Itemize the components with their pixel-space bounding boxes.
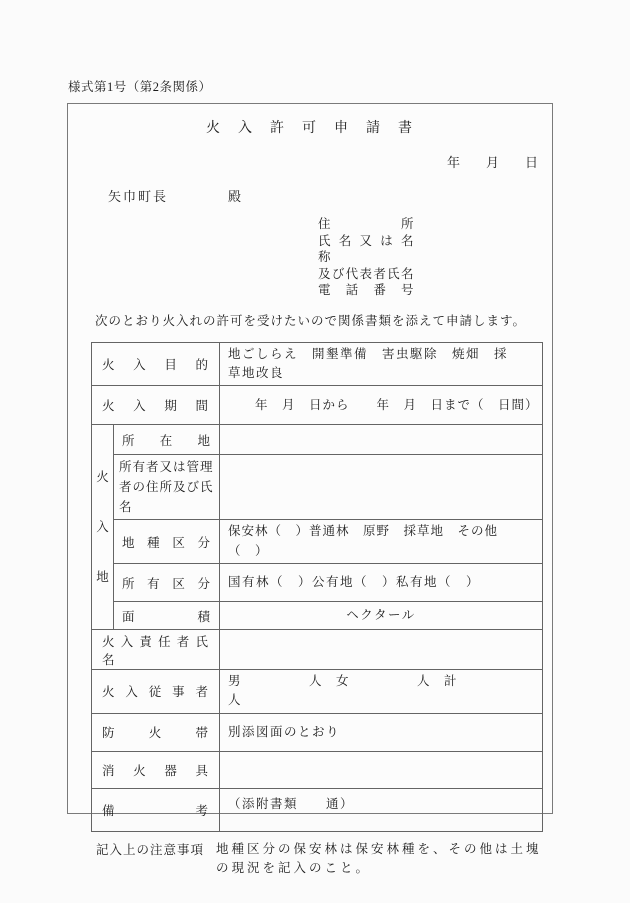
footnote-text: 地種区分の保安林は保安林種を、その他は土塊の現況を記入のこと。 xyxy=(216,840,552,879)
application-table: 火 入 目 的 地ごしらえ 開墾準備 害虫駆除 焼畑 採 草地改良 火 入 期 … xyxy=(91,342,543,832)
footnote-label: 記入上の注意事項 xyxy=(96,840,204,858)
footnote: 記入上の注意事項 地種区分の保安林は保安林種を、その他は土塊の現況を記入のこと。 xyxy=(96,840,552,879)
row-area: 面 積 ヘクタール xyxy=(92,602,543,630)
purpose-label-cell: 火 入 目 的 xyxy=(92,342,220,386)
period-label-cell: 火 入 期 間 xyxy=(92,386,220,425)
responsible-value-cell xyxy=(220,630,543,670)
period-value-cell: 年 月 日から 年 月 日まで（ 日間） xyxy=(220,386,543,425)
remarks-label-cell: 備 考 xyxy=(92,788,220,831)
row-ownership: 所 有 区 分 国有林（ ）公有地（ ）私有地（ ） xyxy=(92,564,543,602)
land-type-value-cell: 保安林（ ）普通林 原野 採草地 その他 （ ） xyxy=(220,520,543,564)
site-group-label-cell: 火 入 地 xyxy=(92,425,114,630)
workers-label-cell: 火 入 従 事 者 xyxy=(92,670,220,714)
form-title: 火 入 許 可 申 請 書 xyxy=(68,117,552,137)
row-owner: 所有者又は管理者の住所及び氏名 xyxy=(92,455,543,520)
row-firebreak: 防 火 帯 別添図面のとおり xyxy=(92,713,543,751)
row-period: 火 入 期 間 年 月 日から 年 月 日まで（ 日間） xyxy=(92,386,543,425)
date-line: 年 月 日 xyxy=(68,152,552,171)
owner-value-cell xyxy=(220,455,543,520)
firebreak-label-cell: 防 火 帯 xyxy=(92,713,220,751)
location-value-cell xyxy=(220,425,543,455)
workers-value-cell: 男 人 女 人 計 人 xyxy=(220,670,543,714)
equipment-value-cell xyxy=(220,751,543,788)
area-value-cell: ヘクタール xyxy=(220,602,543,630)
area-label-cell: 面 積 xyxy=(114,602,220,630)
ownership-label-cell: 所 有 区 分 xyxy=(114,564,220,602)
row-equipment: 消 火 器 具 xyxy=(92,751,543,788)
applicant-phone-label: 電 話 番 号 xyxy=(318,282,414,299)
form-number-label: 様式第1号（第2条関係） xyxy=(68,77,212,95)
owner-label-cell: 所有者又は管理者の住所及び氏名 xyxy=(114,455,220,520)
applicant-name-label: 氏 名 又 は 名 称 xyxy=(318,233,414,266)
ownership-value-cell: 国有林（ ）公有地（ ）私有地（ ） xyxy=(220,564,543,602)
responsible-label-cell: 火 入 責 任 者 氏 名 xyxy=(92,630,220,670)
row-location: 火 入 地 所 在 地 xyxy=(92,425,543,455)
form-box: 火 入 許 可 申 請 書 年 月 日 矢巾町長 殿 住 所 氏 名 又 は 名… xyxy=(67,103,553,814)
land-type-label-cell: 地 種 区 分 xyxy=(114,520,220,564)
equipment-label-cell: 消 火 器 具 xyxy=(92,751,220,788)
applicant-block: 住 所 氏 名 又 は 名 称 及び代表者氏名 電 話 番 号 xyxy=(318,216,414,299)
location-label-cell: 所 在 地 xyxy=(114,425,220,455)
row-remarks: 備 考 （添附書類 通） xyxy=(92,788,543,831)
row-workers: 火 入 従 事 者 男 人 女 人 計 人 xyxy=(92,670,543,714)
row-responsible: 火 入 責 任 者 氏 名 xyxy=(92,630,543,670)
remarks-value-cell: （添附書類 通） xyxy=(220,788,543,831)
addressee-line: 矢巾町長 殿 xyxy=(68,186,552,205)
applicant-address-label: 住 所 xyxy=(318,216,414,233)
firebreak-value-cell: 別添図面のとおり xyxy=(220,713,543,751)
purpose-value-cell: 地ごしらえ 開墾準備 害虫駆除 焼畑 採 草地改良 xyxy=(220,342,543,386)
row-land-type: 地 種 区 分 保安林（ ）普通林 原野 採草地 その他 （ ） xyxy=(92,520,543,564)
intro-text: 次のとおり火入れの許可を受けたいので関係書類を添えて申請します。 xyxy=(68,311,552,329)
row-purpose: 火 入 目 的 地ごしらえ 開墾準備 害虫駆除 焼畑 採 草地改良 xyxy=(92,342,543,386)
applicant-representative-label: 及び代表者氏名 xyxy=(318,266,414,283)
